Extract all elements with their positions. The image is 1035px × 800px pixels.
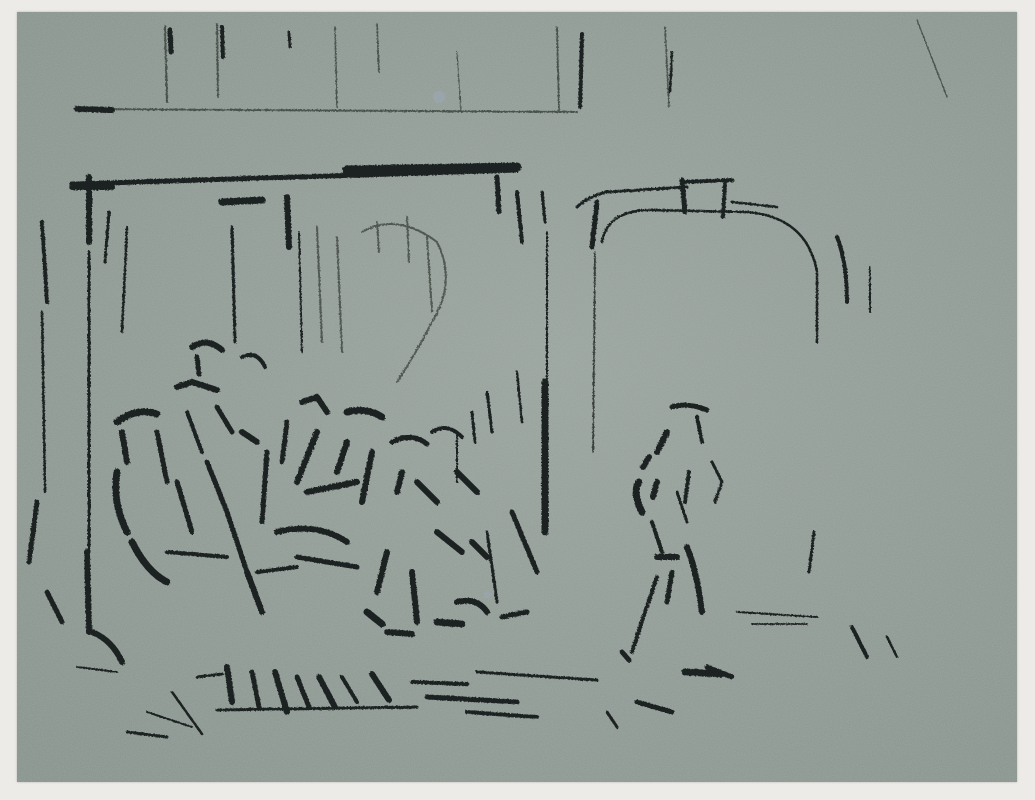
blue-ink-spot	[433, 91, 445, 103]
ink-spot	[484, 592, 491, 599]
mat-background	[0, 0, 1035, 800]
ink-sketch	[17, 12, 1017, 782]
artwork-paper	[17, 12, 1017, 782]
